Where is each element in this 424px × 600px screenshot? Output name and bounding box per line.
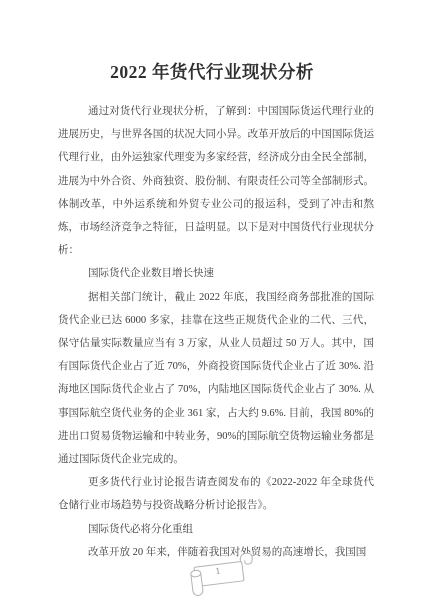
- paragraph-industry-overview: 通过对货代行业现状分析，了解到：中国国际货运代理行业的进展历史，与世界各国的状况…: [58, 100, 374, 262]
- paragraph-report-reference: 更多货代行业讨论报告请查阅发布的《2022-2022 年全球货代仓储行业市场趋势…: [58, 471, 374, 517]
- paragraph-statistics: 据相关部门统计，截止 2022 年底，我国经商务部批准的国际货代企业已达 600…: [58, 286, 374, 472]
- page-footer: 1: [181, 551, 253, 597]
- document-page: 2022 年货代行业现状分析 通过对货代行业现状分析，了解到：中国国际货运代理行…: [0, 0, 424, 600]
- section-heading-reorganization: 国际货代必将分化重组: [58, 518, 374, 541]
- document-title: 2022 年货代行业现状分析: [0, 0, 424, 87]
- section-heading-enterprise-growth: 国际货代企业数目增长快速: [58, 262, 374, 285]
- document-body: 通过对货代行业现状分析，了解到：中国国际货运代理行业的进展历史，与世界各国的状况…: [58, 100, 374, 564]
